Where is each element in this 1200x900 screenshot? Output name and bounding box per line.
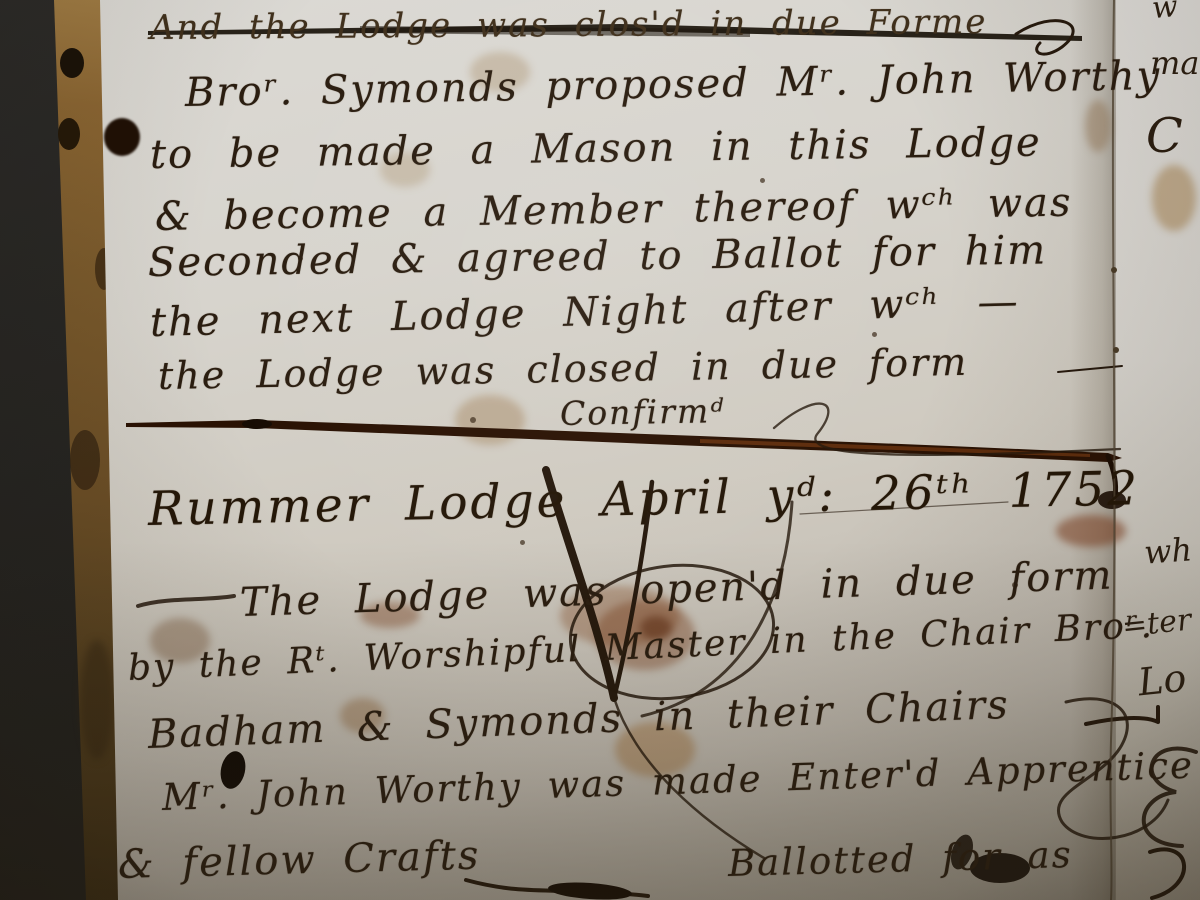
stain <box>1152 165 1196 231</box>
page-fragment: ma <box>1150 44 1199 82</box>
binding-spot <box>58 118 80 150</box>
page-fragment: C <box>1146 108 1183 164</box>
struck-line: And the Lodge was clos'd in due Forme <box>150 2 988 48</box>
stain <box>1056 515 1126 547</box>
binding-spot <box>80 640 114 760</box>
binding-spot <box>70 430 100 490</box>
stain <box>455 395 525 445</box>
confirmation-note: Confirmᵈ <box>560 391 726 433</box>
ink-speck <box>872 332 877 337</box>
manuscript-line: Ballotted for as <box>727 833 1073 885</box>
binding-spot <box>60 48 84 78</box>
stain <box>1085 100 1111 152</box>
manuscript-line: & fellow Crafts <box>117 833 480 888</box>
ink-speck <box>520 540 525 545</box>
ink-spot <box>104 118 140 156</box>
manuscript-photo: And the Lodge was clos'd in due Forme Br… <box>0 0 1200 900</box>
page-fragment: wh <box>1143 530 1194 571</box>
ink-speck <box>760 178 765 183</box>
ink-speck <box>470 417 476 423</box>
page-fragment: w <box>1151 0 1180 26</box>
page-fragment: =ter <box>1120 602 1193 644</box>
page-fragment: Lo <box>1136 656 1188 705</box>
